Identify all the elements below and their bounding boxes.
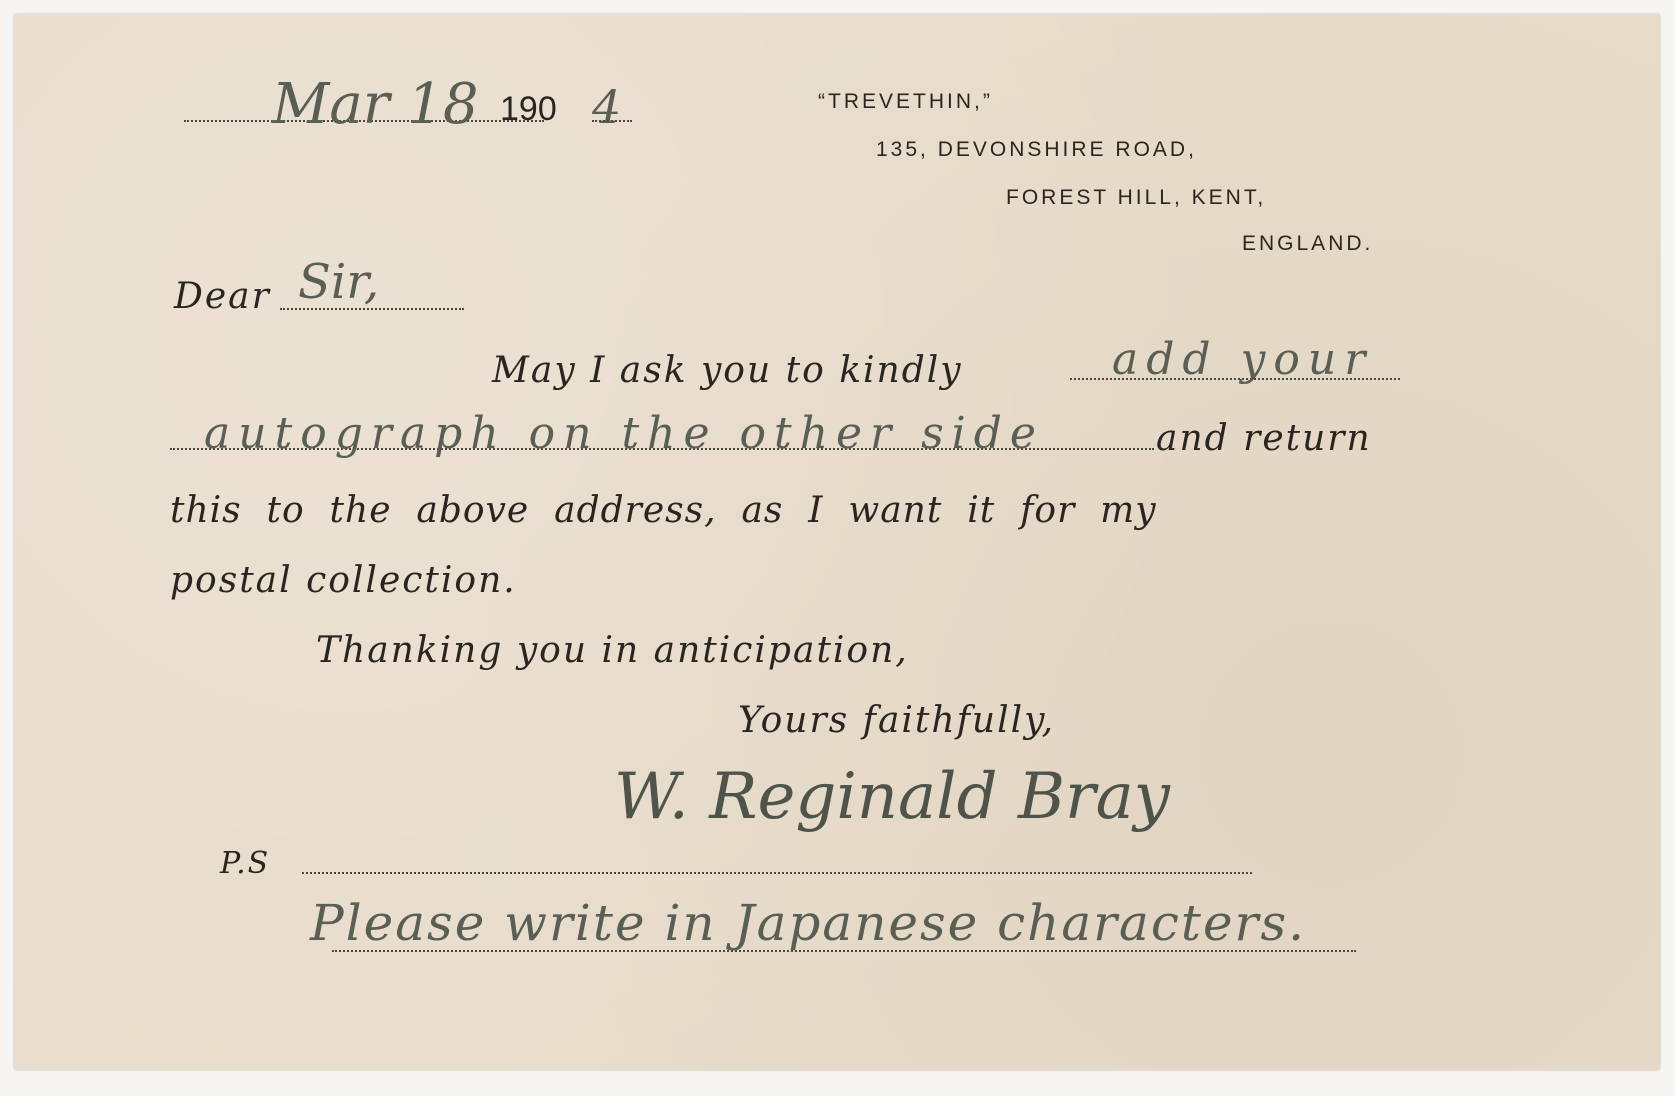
address-house-name: “TREVETHIN,” [818,90,993,114]
salutation-printed: Dear [174,276,271,317]
year-dotted-line [592,120,632,122]
address-country: ENGLAND. [1242,232,1373,256]
postscript-handwritten: Please write in Japanese characters. [310,894,1306,952]
closing-valediction: Yours faithfully, [738,700,1055,741]
postscript-label: P.S [220,846,270,881]
address-street: 135, DEVONSHIRE ROAD, [876,138,1197,162]
date-year-digit: 4 [592,80,621,134]
closing-thanks: Thanking you in anticipation, [316,630,909,671]
body-line4-printed: postal collection. [170,560,517,601]
postscript-dotted-line [302,872,1252,874]
date-printed-year: 190 [500,90,557,129]
body-line1-handwritten: add your [1112,334,1373,385]
body-line3-printed: this to the above address, as I want it … [170,490,1157,531]
body-line2-printed: and return [1156,418,1372,459]
date-handwritten: Mar 18 [272,72,479,137]
body-line1-printed: May I ask you to kindly [492,350,963,391]
signature: W. Reginald Bray [614,760,1170,834]
salutation-handwritten: Sir, [298,254,379,310]
postcard: Mar 18 190 4 “TREVETHIN,” 135, DEVONSHIR… [14,14,1660,1070]
address-locality: FOREST HILL, KENT, [1006,186,1266,210]
body-line2-handwritten: autograph on the other side [204,408,1044,459]
